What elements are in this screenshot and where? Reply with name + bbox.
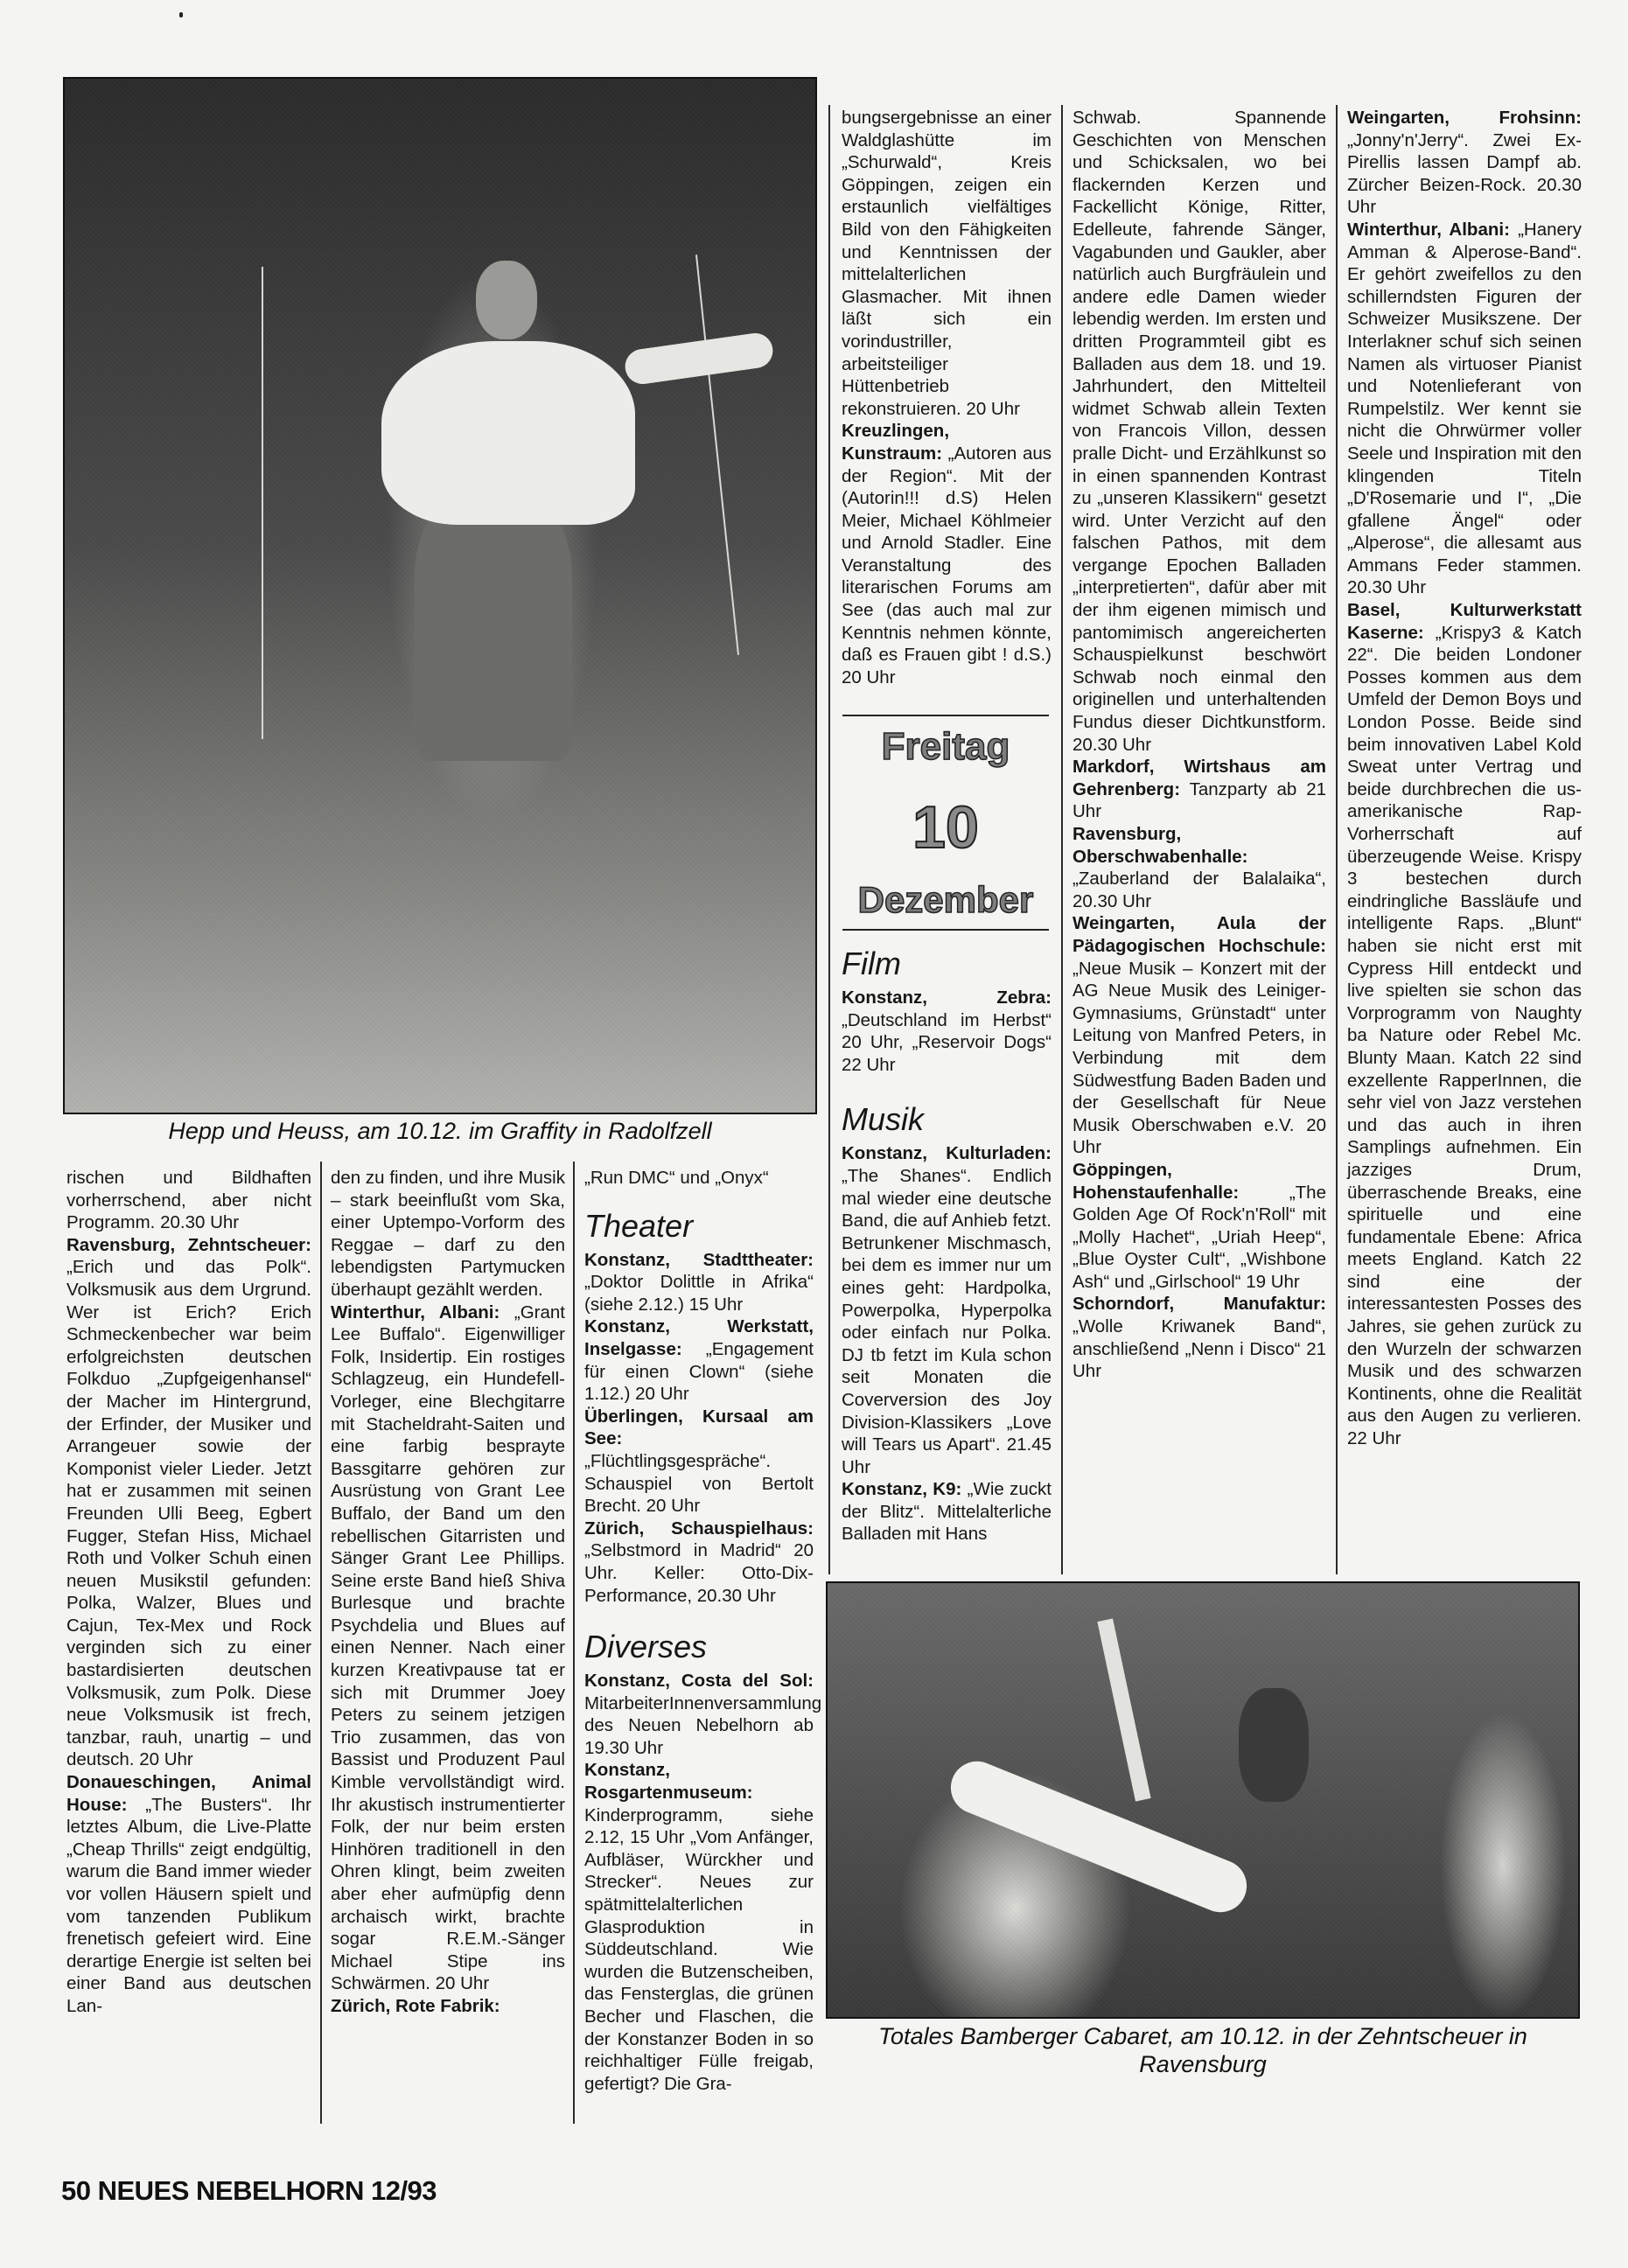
photo-bamberger-cabaret — [826, 1581, 1580, 2019]
venue-name: Zürich, Schauspielhaus: — [584, 1518, 814, 1539]
listing-entry: Konstanz, Stadttheater: „Doktor Dolittle… — [584, 1249, 814, 1316]
venue-name: Kreuzlingen, Kunstraum: — [842, 421, 949, 464]
section-heading-musik: Musik — [842, 1102, 1052, 1137]
listing-entry: Konstanz, Kulturladen: „The Shanes“. End… — [842, 1142, 1052, 1478]
listing-entry: Konstanz, Zebra: „Deutschland im Herbst“… — [842, 987, 1052, 1076]
column-rule — [320, 1162, 322, 2124]
listing-entry: Weingarten, Aula der Pädagogischen Hochs… — [1073, 912, 1326, 1159]
photo-grain — [828, 1583, 1578, 2017]
venue-name: Konstanz, Rosgartenmuseum: — [584, 1760, 753, 1803]
venue-name: Ravensburg, Zehntscheuer: — [66, 1235, 311, 1255]
venue-name: Überlingen, Kursaal am See: — [584, 1406, 814, 1449]
venue-name: Ravensburg, Oberschwabenhalle: — [1073, 824, 1248, 867]
venue-name: Winterthur, Albani: — [331, 1302, 500, 1322]
page-footer: 50 NEUES NEBELHORN 12/93 — [61, 2175, 437, 2207]
marionette-string — [262, 267, 263, 739]
divider — [842, 929, 1049, 931]
day-number: 10 — [842, 793, 1049, 862]
section-heading-theater: Theater — [584, 1209, 814, 1244]
gas-mask-figure — [1239, 1688, 1309, 1802]
listing-entry: Weingarten, Frohsinn: „Jonny'n'Jerry“. Z… — [1347, 107, 1582, 219]
venue-name: Winterthur, Albani: — [1347, 220, 1510, 240]
listing-column: bungsergebnisse an einer Waldglashütte i… — [842, 107, 1052, 688]
photo-caption: Hepp und Heuss, am 10.12. im Graffity in… — [63, 1117, 817, 1145]
listing-entry: Göppingen, Hohenstaufenhalle: „The Golde… — [1073, 1159, 1326, 1294]
venue-name: Weingarten, Frohsinn: — [1347, 108, 1582, 128]
performer-head — [476, 261, 537, 339]
venue-name: Konstanz, K9: — [842, 1479, 961, 1499]
listing-entry: Basel, Kulturwerkstatt Kaserne: „Krispy3… — [1347, 599, 1582, 1450]
listing-column: Schwab. Spannende Geschichten von Mensch… — [1073, 107, 1326, 1383]
listing-entry: Markdorf, Wirtshaus am Gehrenberg: Tanzp… — [1073, 756, 1326, 823]
listing-entry: Ravensburg, Zehntscheuer: „Erich und das… — [66, 1234, 311, 1771]
listing-entry: Kreuzlingen, Kunstraum: „Autoren aus der… — [842, 420, 1052, 688]
listing-entry: Ravensburg, Oberschwabenhalle: „Zauberla… — [1073, 823, 1326, 912]
listing-column: den zu finden, und ihre Musik – stark be… — [331, 1167, 565, 2018]
listing-entry: Konstanz, Costa del Sol: MitarbeiterInne… — [584, 1670, 814, 1759]
column-rule — [1336, 105, 1338, 1574]
weekday: Freitag — [842, 725, 1049, 769]
photo-caption: Totales Bamberger Cabaret, am 10.12. in … — [826, 2022, 1580, 2078]
photo-hepp-und-heuss — [63, 77, 817, 1114]
listing-column: Weingarten, Frohsinn: „Jonny'n'Jerry“. Z… — [1347, 107, 1582, 1450]
listing-entry: bungsergebnisse an einer Waldglashütte i… — [842, 107, 1052, 420]
section-heading-film: Film — [842, 946, 1052, 981]
listing-column: „Run DMC“ und „Onyx“ Theater Konstanz, S… — [584, 1167, 814, 2095]
venue-name: Konstanz, Stadttheater: — [584, 1250, 814, 1270]
venue-name: Zürich, Rote Fabrik: — [331, 1996, 500, 2016]
listing-entry: den zu finden, und ihre Musik – stark be… — [331, 1167, 565, 1301]
column-rule — [573, 1162, 575, 2124]
venue-name: Konstanz, Costa del Sol: — [584, 1671, 814, 1691]
listing-column: rischen und Bildhaften vorherrschend, ab… — [66, 1167, 311, 2018]
performer-shirt — [381, 341, 635, 525]
date-heading: Freitag 10 Dezember — [842, 715, 1049, 929]
column-rule — [828, 105, 830, 1574]
listing-entry: „Run DMC“ und „Onyx“ — [584, 1167, 814, 1190]
divider — [842, 715, 1049, 716]
listing-entry: Donaueschingen, Animal House: „The Buste… — [66, 1771, 311, 2018]
listing-entry: Winterthur, Albani: „Hanery Amman & Alpe… — [1347, 219, 1582, 599]
listing-entry: Schwab. Spannende Geschichten von Mensch… — [1073, 107, 1326, 756]
listing-entry: Zürich, Rote Fabrik: — [331, 1995, 565, 2018]
listing-entry: rischen und Bildhaften vorherrschend, ab… — [66, 1167, 311, 1234]
venue-name: Schorndorf, Manufaktur: — [1073, 1294, 1326, 1314]
section-heading-diverses: Diverses — [584, 1629, 814, 1664]
month: Dezember — [842, 879, 1049, 921]
listing-entry: Winterthur, Albani: „Grant Lee Buffalo“.… — [331, 1301, 565, 1995]
listing-entry: Schorndorf, Manufaktur: „Wolle Kriwanek … — [1073, 1293, 1326, 1382]
listing-entry: Konstanz, Werkstatt, Inselgasse: „Engage… — [584, 1315, 814, 1405]
column-rule — [1061, 105, 1063, 1574]
print-speck — [179, 12, 183, 17]
listing-entry: Konstanz, K9: „Wie zuckt der Blitz“. Mit… — [842, 1478, 1052, 1546]
listing-entry: Konstanz, Rosgartenmuseum: Kinderprogram… — [584, 1759, 814, 2095]
venue-name: Weingarten, Aula der Pädagogischen Hochs… — [1073, 913, 1326, 956]
listing-entry: Zürich, Schauspielhaus: „Selbstmord in M… — [584, 1518, 814, 1607]
venue-name: Konstanz, Zebra: — [842, 987, 1052, 1008]
venue-name: Konstanz, Kulturladen: — [842, 1143, 1052, 1163]
listing-entry: Überlingen, Kursaal am See: „Flüchtlings… — [584, 1406, 814, 1518]
venue-name: Göppingen, Hohenstaufenhalle: — [1073, 1160, 1239, 1203]
listing-column: Film Konstanz, Zebra: „Deutschland im He… — [842, 938, 1052, 1546]
performer-legs — [415, 499, 572, 761]
